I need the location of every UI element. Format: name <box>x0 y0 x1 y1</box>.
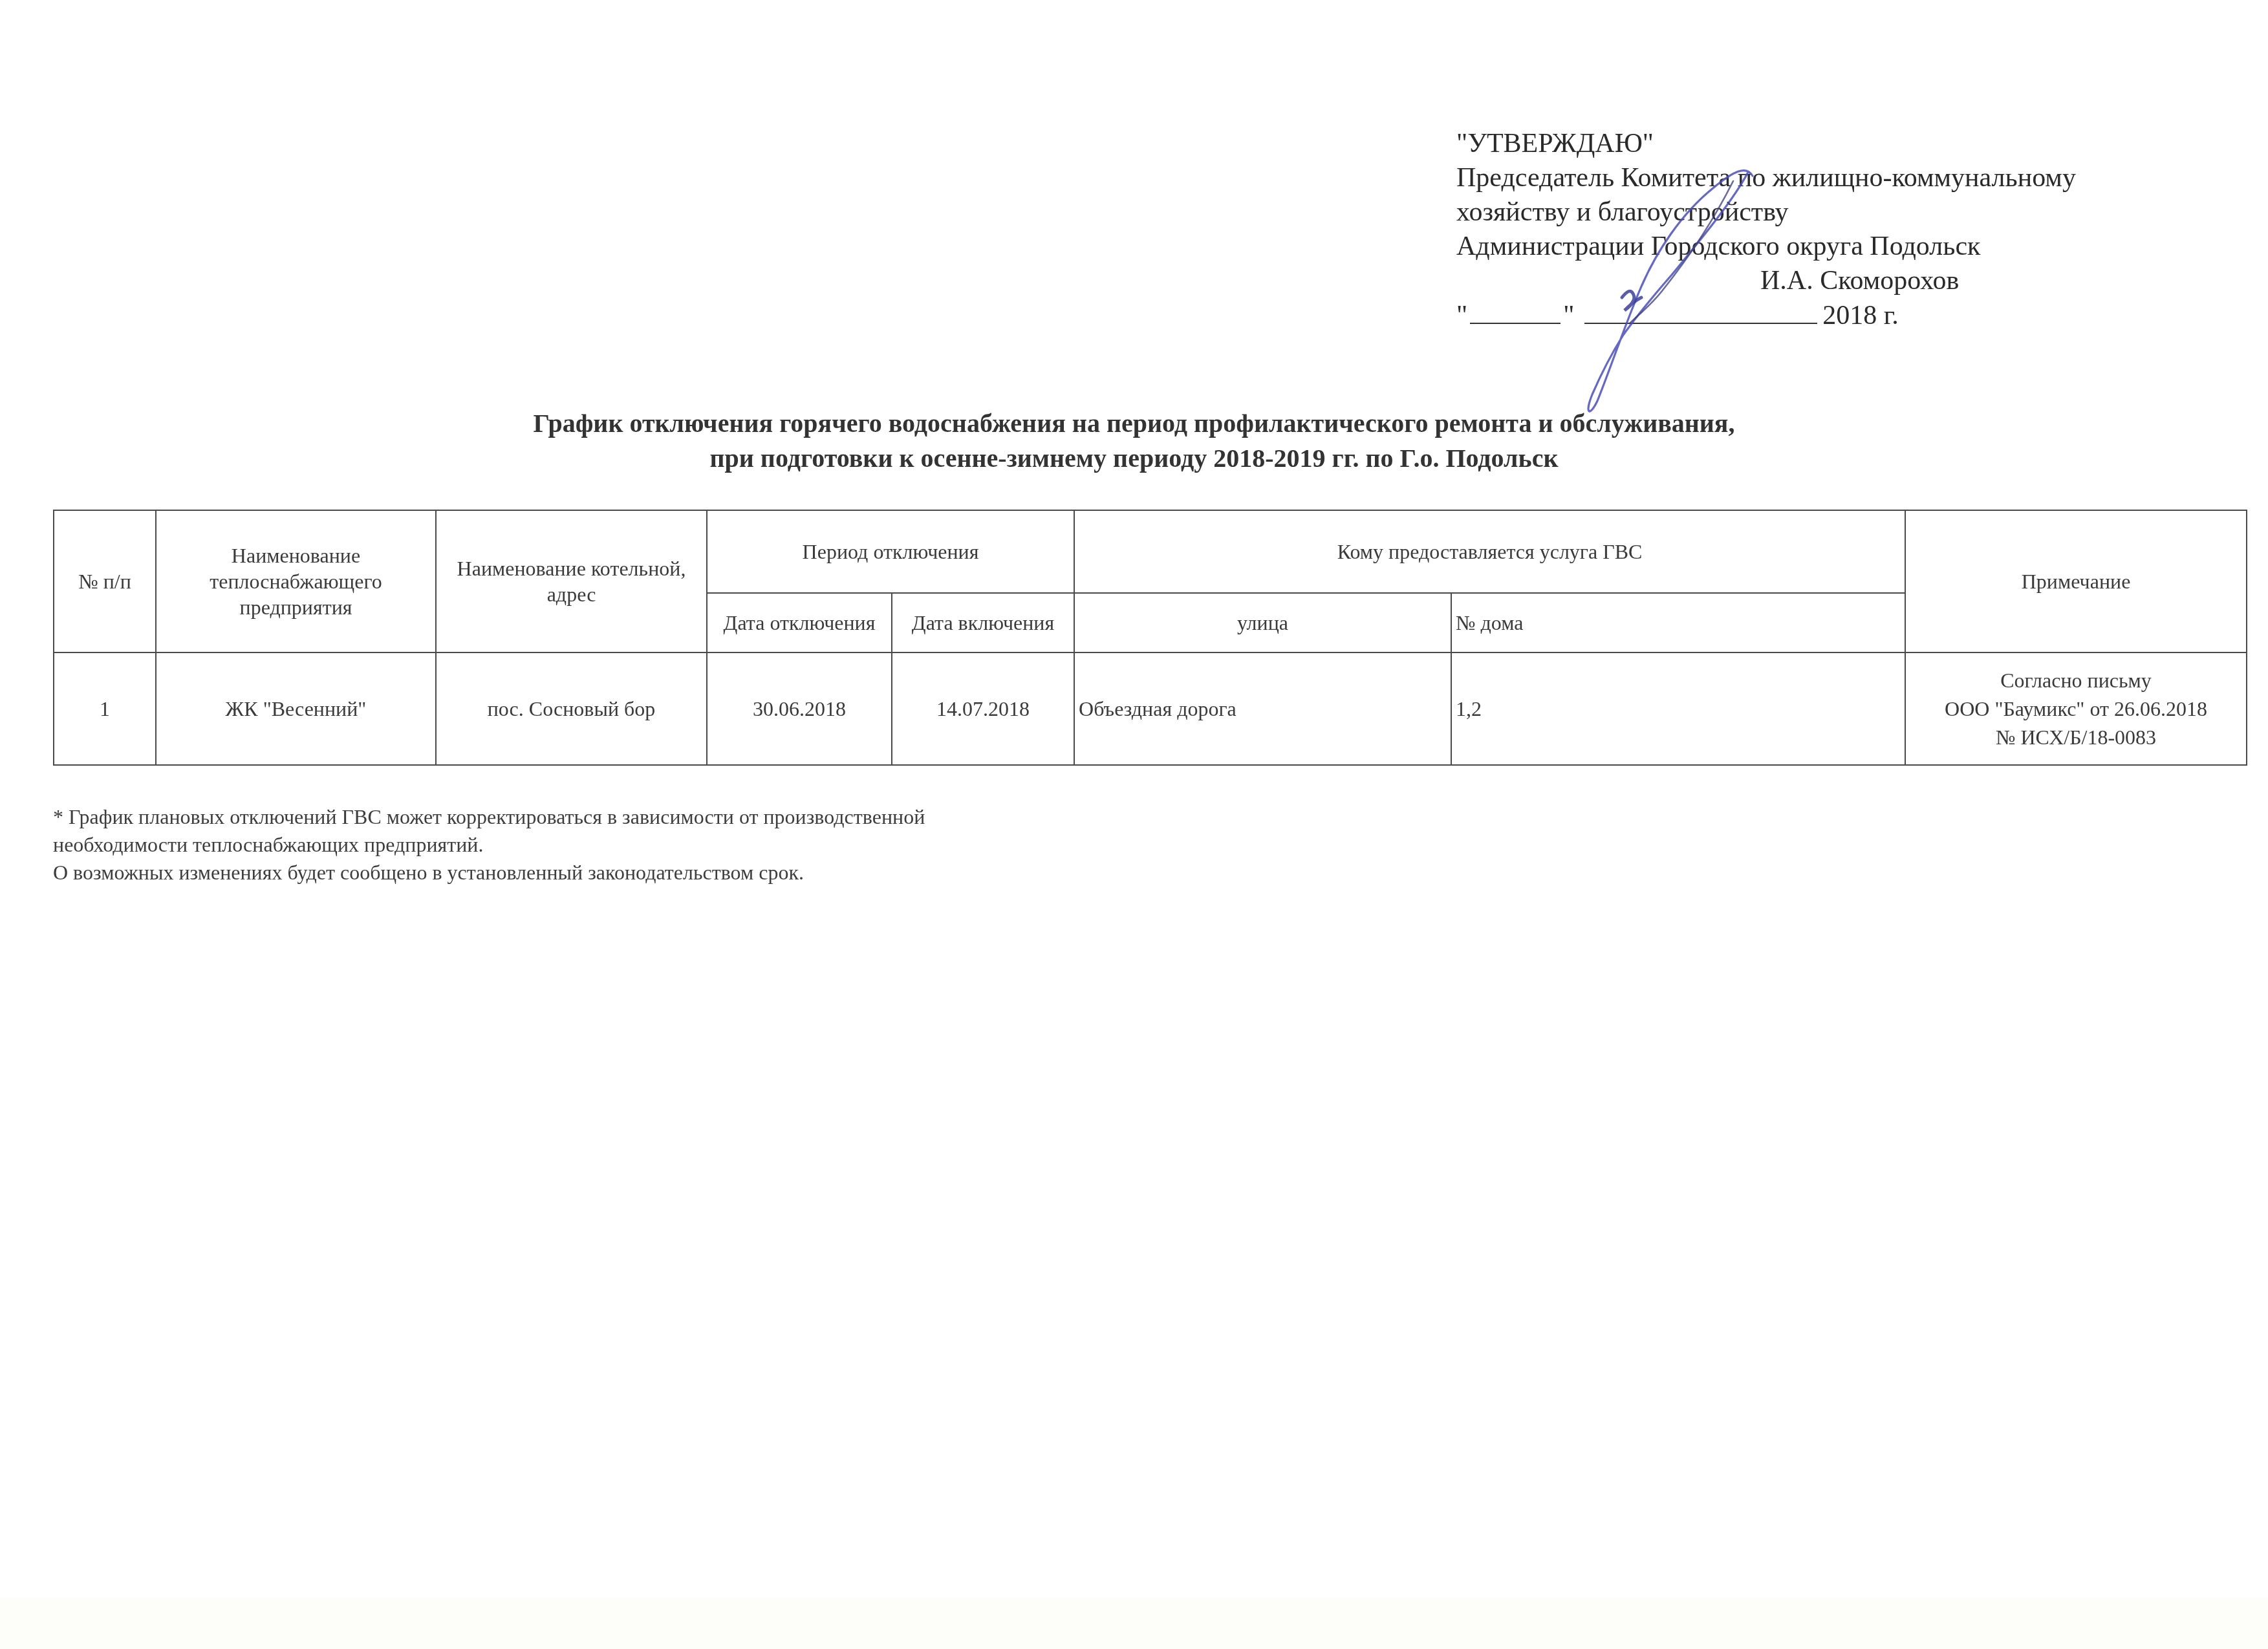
header-date-off: Дата отключения <box>707 593 892 652</box>
cell-street: Объездная дорога <box>1074 652 1451 765</box>
date-close-quote: " <box>1563 301 1574 330</box>
note-line-3: № ИСХ/Б/18-0083 <box>1910 723 2242 751</box>
footnote-line-1: * График плановых отключений ГВС может к… <box>53 803 925 831</box>
title-line-2: при подготовки к осенне-зимнему периоду … <box>0 441 2268 476</box>
title-line-1: График отключения горячего водоснабжения… <box>0 406 2268 441</box>
approval-stamp: "УТВЕРЖДАЮ" <box>1456 127 2076 161</box>
header-street: улица <box>1074 593 1451 652</box>
header-boiler: Наименование котельной, адрес <box>436 510 707 652</box>
date-day-blank <box>1470 298 1561 324</box>
header-supplier: Наименование теплоснабжающего предприяти… <box>156 510 436 652</box>
cell-boiler: пос. Сосновый бор <box>436 652 707 765</box>
header-house: № дома <box>1451 593 1905 652</box>
scan-edge-band <box>0 1597 2268 1649</box>
table-row: 1 ЖК "Весенний" пос. Сосновый бор 30.06.… <box>54 652 2247 765</box>
footnote-line-2: необходимости теплоснабжающих предприяти… <box>53 831 925 859</box>
cell-date-on: 14.07.2018 <box>892 652 1074 765</box>
date-month-blank <box>1584 298 1817 324</box>
header-period: Период отключения <box>707 510 1074 593</box>
document-page: "УТВЕРЖДАЮ" Председатель Комитета по жил… <box>0 0 2268 1649</box>
date-year: 2018 г. <box>1822 301 1899 330</box>
cell-note: Согласно письму ООО "Баумикс" от 26.06.2… <box>1905 652 2247 765</box>
header-date-on: Дата включения <box>892 593 1074 652</box>
cell-date-off: 30.06.2018 <box>707 652 892 765</box>
approval-signer-name: И.А. Скоморохов <box>1456 264 2076 298</box>
header-row-1: № п/п Наименование теплоснабжающего пред… <box>54 510 2247 593</box>
approval-position-line-1: Председатель Комитета по жилищно-коммуна… <box>1456 161 2076 195</box>
header-note: Примечание <box>1905 510 2247 652</box>
header-number: № п/п <box>54 510 156 652</box>
header-service: Кому предоставляется услуга ГВС <box>1074 510 1905 593</box>
footnote: * График плановых отключений ГВС может к… <box>53 803 925 887</box>
cell-house: 1,2 <box>1451 652 1905 765</box>
approval-block: "УТВЕРЖДАЮ" Председатель Комитета по жил… <box>1456 127 2076 333</box>
cell-supplier: ЖК "Весенний" <box>156 652 436 765</box>
approval-date-line: ""2018 г. <box>1456 298 2076 333</box>
note-line-1: Согласно письму <box>1910 666 2242 695</box>
outage-schedule-table: № п/п Наименование теплоснабжающего пред… <box>53 510 2247 766</box>
approval-position-line-2: хозяйству и благоустройству <box>1456 195 2076 230</box>
document-title: График отключения горячего водоснабжения… <box>0 406 2268 476</box>
note-line-2: ООО "Баумикс" от 26.06.2018 <box>1910 695 2242 723</box>
footnote-line-3: О возможных изменениях будет сообщено в … <box>53 859 925 887</box>
approval-position-line-3: Администрации Городского округа Подольск <box>1456 230 2076 264</box>
cell-number: 1 <box>54 652 156 765</box>
date-open-quote: " <box>1456 301 1467 330</box>
